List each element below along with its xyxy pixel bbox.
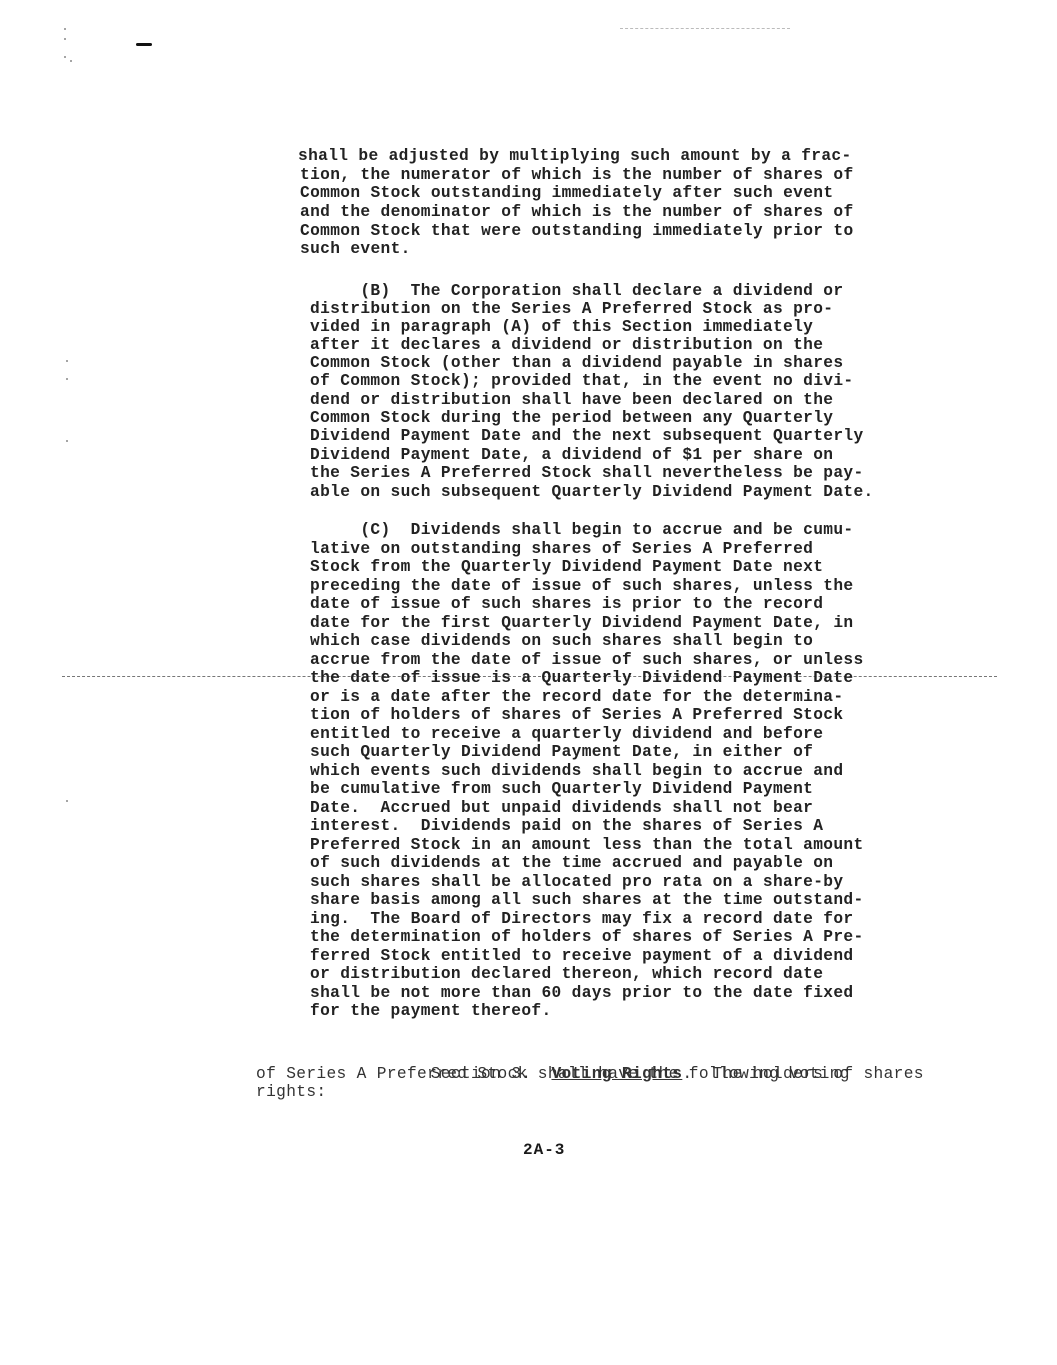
scan-speck	[70, 60, 72, 62]
text-line: after it declares a dividend or distribu…	[310, 336, 823, 354]
text-line: Preferred Stock in an amount less than t…	[310, 836, 864, 854]
text-line: lative on outstanding shares of Series A…	[310, 540, 813, 558]
scan-speck	[66, 360, 68, 362]
text-line: (B) The Corporation shall declare a divi…	[310, 282, 843, 300]
text-line: which case dividends on such shares shal…	[310, 632, 813, 650]
text-line: tion of holders of shares of Series A Pr…	[310, 706, 843, 724]
text-line: or distribution declared thereon, which …	[310, 965, 823, 983]
text-line: shall be adjusted by multiplying such am…	[298, 147, 852, 165]
text-line: such event.	[300, 240, 411, 258]
text-line: tion, the numerator of which is the numb…	[300, 166, 854, 184]
text-line: rights:	[256, 1083, 326, 1101]
text-line: the date of issue is a Quarterly Dividen…	[310, 669, 853, 687]
scan-speck	[66, 378, 68, 380]
scan-speck	[64, 56, 66, 58]
text-line: of Series A Preferred Stock shall have t…	[256, 1065, 850, 1083]
text-line: vided in paragraph (A) of this Section i…	[310, 318, 813, 336]
scan-speck	[66, 440, 68, 442]
text-line: share basis among all such shares at the…	[310, 891, 864, 909]
text-line: Stock from the Quarterly Dividend Paymen…	[310, 558, 823, 576]
text-line: accrue from the date of issue of such sh…	[310, 651, 864, 669]
text-line: ferred Stock entitled to receive payment…	[310, 947, 853, 965]
text-line: date for the first Quarterly Dividend Pa…	[310, 614, 853, 632]
text-line: Common Stock that were outstanding immed…	[300, 222, 854, 240]
document-page: shall be adjusted by multiplying such am…	[0, 0, 1057, 1365]
page-number: 2A-3	[523, 1141, 565, 1159]
text-line: or is a date after the record date for t…	[310, 688, 843, 706]
text-line: interest. Dividends paid on the shares o…	[310, 817, 823, 835]
text-line: preceding the date of issue of such shar…	[310, 577, 853, 595]
scan-line-top	[620, 28, 790, 29]
text-line: distribution on the Series A Preferred S…	[310, 300, 833, 318]
scan-smudge	[136, 43, 152, 46]
text-line: Common Stock during the period between a…	[310, 409, 833, 427]
scan-speck	[64, 28, 66, 30]
scan-speck	[64, 38, 66, 40]
text-line: ing. The Board of Directors may fix a re…	[310, 910, 853, 928]
text-line: the determination of holders of shares o…	[310, 928, 864, 946]
text-line: and the denominator of which is the numb…	[300, 203, 854, 221]
scan-speck	[66, 800, 68, 802]
text-line: (C) Dividends shall begin to accrue and …	[310, 521, 853, 539]
text-line: be cumulative from such Quarterly Divide…	[310, 780, 813, 798]
text-line: Dividend Payment Date, a dividend of $1 …	[310, 446, 833, 464]
text-line: of Common Stock); provided that, in the …	[310, 372, 853, 390]
text-line: date of issue of such shares is prior to…	[310, 595, 823, 613]
text-line: Common Stock (other than a dividend paya…	[310, 354, 843, 372]
text-line: of such dividends at the time accrued an…	[310, 854, 833, 872]
text-line: which events such dividends shall begin …	[310, 762, 843, 780]
text-line: such Quarterly Dividend Payment Date, in…	[310, 743, 813, 761]
text-line: Common Stock outstanding immediately aft…	[300, 184, 833, 202]
text-line: Dividend Payment Date and the next subse…	[310, 427, 864, 445]
text-line: able on such subsequent Quarterly Divide…	[310, 483, 874, 501]
text-line: the Series A Preferred Stock shall never…	[310, 464, 864, 482]
text-line: dend or distribution shall have been dec…	[310, 391, 833, 409]
text-line: for the payment thereof.	[310, 1002, 552, 1020]
text-line: such shares shall be allocated pro rata …	[310, 873, 843, 891]
text-line: Date. Accrued but unpaid dividends shall…	[310, 799, 813, 817]
text-line: entitled to receive a quarterly dividend…	[310, 725, 823, 743]
text-line: shall be not more than 60 days prior to …	[310, 984, 853, 1002]
